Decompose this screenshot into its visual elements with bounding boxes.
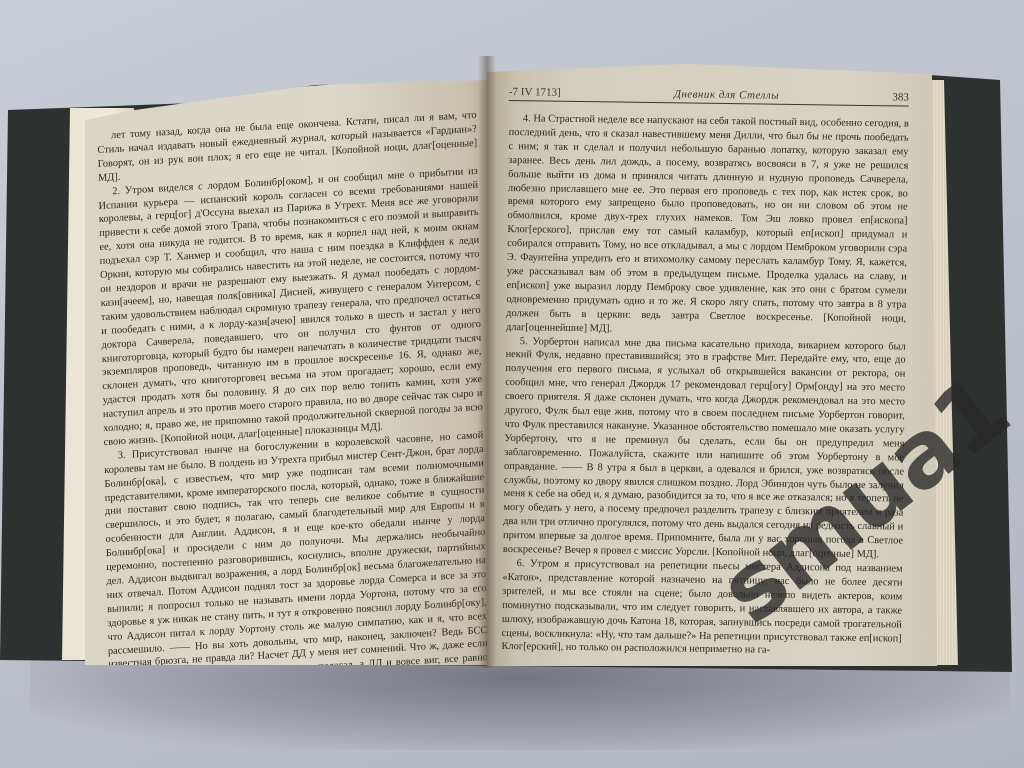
left-page: 382 Дневник для Стеллы [21 III 1713] лет… xyxy=(85,40,490,665)
right-date-marker: -7 IV 1713] xyxy=(509,86,561,99)
left-date-marker: [21 III 1713] xyxy=(417,58,475,74)
book-shadow xyxy=(30,660,1010,750)
right-page-number: 383 xyxy=(892,91,909,103)
left-page-number: 382 xyxy=(145,83,162,96)
book-gutter xyxy=(478,56,496,668)
left-running-head: 382 Дневник для Стеллы [21 III 1713] xyxy=(145,58,475,99)
right-running-title: Дневник для Стеллы xyxy=(674,88,779,101)
left-body-text: лет тому назад, когда она не была еще ок… xyxy=(97,109,488,665)
left-running-title: Дневник для Стеллы xyxy=(237,69,343,89)
paragraph: 4. На Страстной неделе все напускают на … xyxy=(506,112,909,340)
paragraph: 2. Утром виделся с лордом Болинбр[оком],… xyxy=(98,164,483,450)
right-running-head: -7 IV 1713] Дневник для Стеллы 383 xyxy=(509,86,909,107)
paragraph: 3. Присутствовал нынче на богослужении в… xyxy=(104,429,489,665)
